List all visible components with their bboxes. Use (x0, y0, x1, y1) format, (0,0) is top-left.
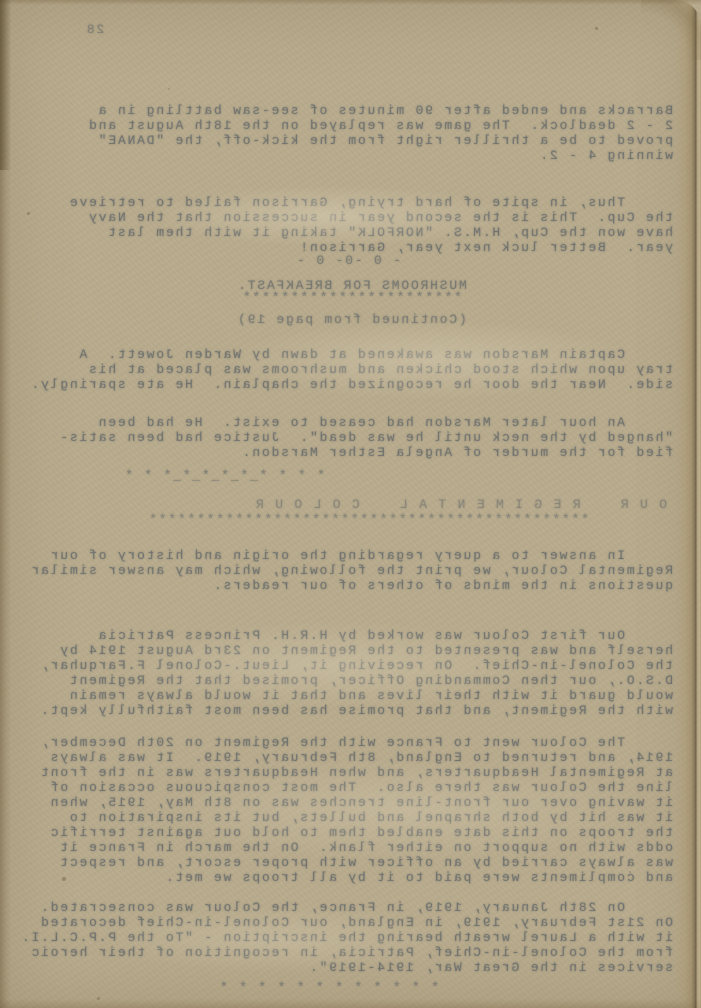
text-line: * * * *_*_*_*_*_* * * (123, 468, 325, 483)
text-line: *********************** (30, 290, 673, 305)
text-line: On 21st February, 1919, in England, our … (20, 915, 673, 930)
text-line: services in the Great War, 1914-1919". (20, 960, 673, 975)
page-left-edge-dark-corner (0, 0, 16, 170)
text-line: side. Near the door he recognized the ch… (30, 377, 673, 392)
paragraph-colour-consecrated: On 28th January, 1919, in France, the Co… (20, 900, 673, 975)
text-line: line the Colour was there also. The most… (39, 780, 673, 795)
text-line: have won the Cup, H.M.S. "NORFOLK" takin… (68, 225, 673, 240)
text-line: Barracks and ended after 90 minutes of s… (87, 103, 673, 118)
text-line: - 0 -0- 0 - (295, 253, 401, 268)
paragraph-colour-origin: Our first Colour was worked by H.R.H. Pr… (39, 628, 673, 718)
page-right-edge-curl (675, 0, 701, 1008)
paper-speck (62, 877, 66, 881)
separator-stars: * * * *_*_*_*_*_* * * (123, 468, 325, 483)
text-line: questions in the minds of others of our … (30, 578, 673, 593)
text-line: would guard it with their lives and that… (39, 688, 673, 703)
text-line: 1914, and returned to England, 8th Febru… (39, 750, 673, 765)
bleed-through-mirror-layer: 28Barracks and ended after 90 minutes of… (0, 0, 701, 1008)
text-line: 2 - 2 deadlock. The game was replayed on… (87, 118, 673, 133)
text-line: fied for the murder of Angela Esther Mar… (59, 445, 673, 460)
page-top-right-corner (641, 0, 701, 60)
text-line: On 28th January, 1919, in France, the Co… (20, 900, 673, 915)
text-line: "hanged by the neck until he was dead". … (59, 430, 673, 445)
paper-speck (27, 212, 30, 215)
text-line: 28 (85, 22, 104, 37)
page-number: 28 (85, 22, 104, 37)
paragraph-football: Barracks and ended after 90 minutes of s… (87, 103, 673, 163)
text-line: D.S.O., our then Commanding Officer, pro… (39, 673, 673, 688)
text-line: it with a Laurel wreath bearing the insc… (20, 930, 673, 945)
paper-speck (97, 997, 100, 1000)
text-line: (Continued from page 19) (30, 312, 673, 327)
page-bottom-edge-shadow (0, 999, 701, 1008)
paragraph-colour-france: The Colour went to France with the Regim… (39, 735, 673, 885)
text-line: from the Colonel-in-Chief, Patricia, in … (20, 945, 673, 960)
text-line: tray upon which stood chicken and mushro… (30, 362, 673, 377)
paragraph-marsdon-1: Captain Marsdon was awakened at dawn by … (30, 347, 673, 392)
text-line: O U R R E G I M E N T A L C O L O U R (254, 497, 667, 512)
paragraph-marsdon-2: An hour later Marsdon had ceased to exis… (59, 415, 673, 460)
paper-speck (629, 871, 631, 873)
paper-speck (446, 585, 448, 587)
text-line: with the Regiment, and that promise has … (39, 703, 673, 718)
paper-speck (595, 27, 598, 30)
text-line: Regimental Colour, we print the followin… (30, 563, 673, 578)
text-line: winning 4 - 2. (87, 148, 673, 163)
text-line: and compliments were paid to it by all t… (39, 870, 673, 885)
text-line: the Cup. This is the second year in succ… (68, 210, 673, 225)
text-line: ****************************************… (147, 512, 589, 527)
text-line: the Colonel-in-Chief. On receiving it, L… (39, 658, 673, 673)
text-line: An hour later Marsdon had ceased to exis… (59, 415, 673, 430)
separator-zeros: - 0 -0- 0 - (295, 253, 401, 268)
paragraph-colour-intro: In answer to a query regarding the origi… (30, 548, 673, 593)
paragraph-garrison: Thus, in spite of hard trying, Garrison … (68, 195, 673, 255)
text-line: * * * * * * * * * * * * (218, 980, 439, 995)
text-line: at Regimental Headquarters, and when Hea… (39, 765, 673, 780)
heading-regimental-colour: O U R R E G I M E N T A L C O L O U R (254, 497, 667, 512)
continued-note: (Continued from page 19) (30, 312, 673, 327)
asterisk-rule-colour: ****************************************… (147, 512, 589, 527)
text-line: it was hit by both shrapnel and bullets,… (39, 810, 673, 825)
scanned-page: 28Barracks and ended after 90 minutes of… (0, 0, 701, 1008)
asterisk-rule-mushrooms: *********************** (30, 290, 673, 305)
text-line: herself and was presented to the Regimen… (39, 643, 673, 658)
text-line: Our first Colour was worked by H.R.H. Pr… (39, 628, 673, 643)
text-line: odds with no support on either flank. On… (39, 840, 673, 855)
text-line: Captain Marsdon was awakened at dawn by … (30, 347, 673, 362)
page-top-edge-shadow (0, 0, 701, 5)
text-line: was always carried by an officer with pr… (39, 855, 673, 870)
text-line: The Colour went to France with the Regim… (39, 735, 673, 750)
text-line: the troops on this date enabled them to … (39, 825, 673, 840)
text-line: proved to be a thriller right from the k… (87, 133, 673, 148)
text-line: it waving over our front-line trenches w… (39, 795, 673, 810)
typed-content: 28Barracks and ended after 90 minutes of… (0, 0, 701, 1008)
text-line: Thus, in spite of hard trying, Garrison … (68, 195, 673, 210)
paper-speck (168, 88, 170, 90)
asterisk-row-end: * * * * * * * * * * * * (218, 980, 439, 995)
text-line: In answer to a query regarding the origi… (30, 548, 673, 563)
